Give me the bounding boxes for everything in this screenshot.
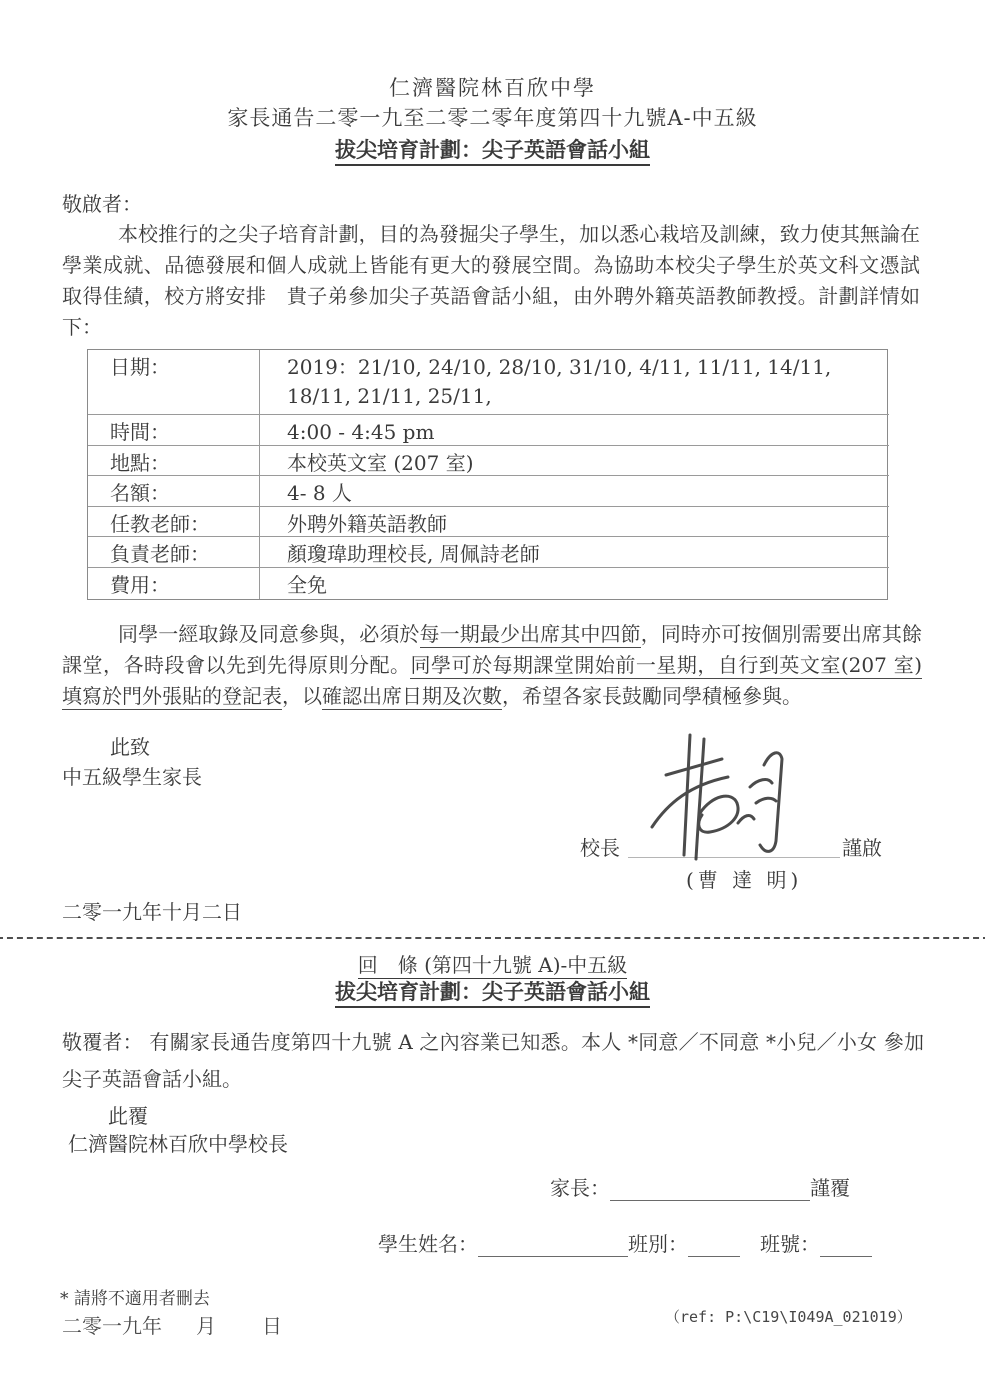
notice-number-line: 家長通告二零一九至二零二零年度第四十九號A-中五級: [0, 102, 985, 132]
attendance-seg1: 同學一經取錄及同意參與，必須於: [118, 622, 420, 646]
details-table: 日期： 2019：21/10, 24/10, 28/10, 31/10, 4/1…: [87, 349, 888, 600]
attendance-paragraph: 同學一經取錄及同意參與，必須於每一期最少出席其中四節，同時亦可按個別需要出席其餘…: [62, 619, 922, 712]
reply-salutation: 敬覆者：: [62, 1030, 143, 1054]
principal-name: (曹 達 明): [686, 864, 802, 893]
student-info-row: 學生姓名：班別：班號：: [378, 1228, 872, 1257]
student-name-label: 學生姓名：: [378, 1232, 478, 1256]
attendance-underline-3: 確認出席日期及次數: [322, 684, 502, 710]
class-number-label: 班號：: [760, 1232, 820, 1256]
delete-inapplicable-footnote: * 請將不適用者刪去: [60, 1284, 210, 1309]
intro-paragraph: 本校推行的之尖子培育計劃，目的為發掘尖子學生，加以悉心栽培及訓練，致力使其無論在…: [62, 219, 920, 343]
parent-label: 家長：: [550, 1176, 610, 1200]
class-field: [688, 1234, 740, 1257]
table-row-value-quota: 4- 8 人: [259, 476, 889, 507]
parent-signature-row: 家長：謹覆: [550, 1172, 850, 1201]
table-row-label-in-charge: 負責老師：: [88, 537, 259, 568]
notice-document: 仁濟醫院林百欣中學 家長通告二零一九至二零二零年度第四十九號A-中五級 拔尖培育…: [0, 0, 985, 1393]
attendance-underline-1: 每一期最少出席其中四節: [420, 622, 641, 648]
table-row-value-date: 2019：21/10, 24/10, 28/10, 31/10, 4/11, 1…: [259, 350, 889, 415]
cut-line-separator: [0, 937, 985, 939]
table-row-label-time: 時間：: [88, 415, 259, 446]
attendance-seg5: ，以: [282, 684, 322, 708]
reply-acknowledgement-text: 有關家長通告度第四十九號 A 之內容業已知悉。本人 *同意／不同意 *小兒／小女…: [62, 1030, 924, 1091]
reply-slip-title: 回 條 (第四十九號 A)-中五級: [0, 949, 985, 978]
table-row-value-venue: 本校英文室 (207 室): [259, 446, 889, 476]
reference-code: （ref: P:\C19\I049A_021019）: [665, 1306, 912, 1327]
parent-respectfully: 謹覆: [810, 1176, 850, 1200]
reply-date-row: 二零一九年月日: [62, 1310, 282, 1339]
student-name-field: [478, 1234, 628, 1257]
table-row-value-teacher: 外聘外籍英語教師: [259, 507, 889, 537]
notice-date: 二零一九年十月二日: [62, 896, 242, 925]
table-row-label-venue: 地點：: [88, 446, 259, 476]
reply-acknowledgement-paragraph: 敬覆者： 有關家長通告度第四十九號 A 之內容業已知悉。本人 *同意／不同意 *…: [62, 1024, 924, 1098]
class-number-field: [820, 1234, 872, 1257]
class-label: 班別：: [628, 1232, 688, 1256]
reply-date-year: 二零一九年: [62, 1314, 162, 1338]
reply-date-month: 月: [196, 1314, 216, 1338]
closing-recipients: 中五級學生家長: [62, 761, 202, 790]
date-value-line1: 2019：21/10, 24/10, 28/10, 31/10, 4/11, 1…: [287, 353, 889, 411]
table-row-label-teacher: 任教老師：: [88, 507, 259, 537]
table-row-value-fee: 全免: [259, 568, 889, 599]
school-name: 仁濟醫院林百欣中學: [0, 72, 985, 102]
attendance-seg7: ，希望各家長鼓勵同學積極參與。: [502, 684, 802, 708]
principal-signature: [638, 733, 813, 863]
closing-respectfully: 謹啟: [842, 832, 882, 861]
table-row-label-fee: 費用：: [88, 568, 259, 599]
reply-to-principal: 仁濟醫院林百欣中學校長: [68, 1128, 288, 1157]
reply-slip-subtitle: 拔尖培育計劃：尖子英語會話小組: [0, 976, 985, 1006]
table-row-value-in-charge: 顏瓊瑋助理校長, 周佩詩老師: [259, 537, 889, 568]
principal-label: 校長: [580, 832, 620, 861]
table-row-label-quota: 名額：: [88, 476, 259, 507]
parent-signature-field: [610, 1178, 810, 1201]
table-row-value-time: 4:00 - 4:45 pm: [259, 415, 889, 446]
table-row-label-date: 日期：: [88, 350, 259, 415]
document-title: 拔尖培育計劃：尖子英語會話小組: [0, 134, 985, 164]
reply-this-reply: 此覆: [108, 1100, 148, 1129]
reply-date-day: 日: [262, 1314, 282, 1338]
closing-this-to: 此致: [110, 731, 150, 760]
salutation: 敬啟者：: [62, 188, 142, 217]
